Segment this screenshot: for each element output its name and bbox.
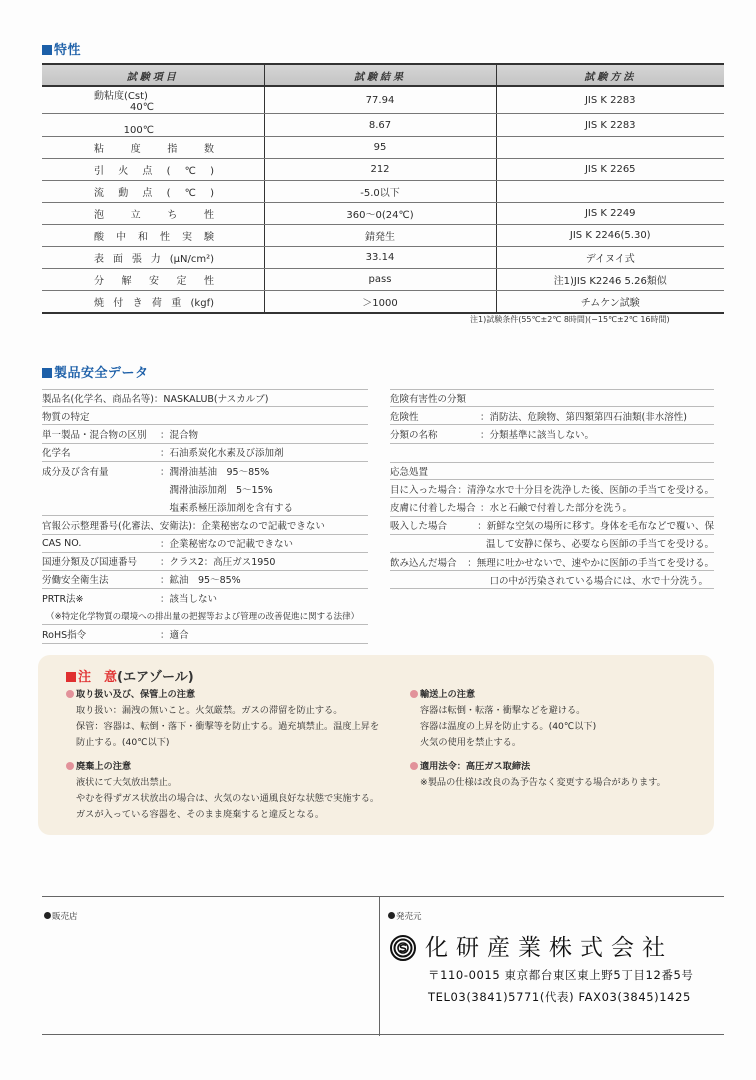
cell-test-method: デイヌイ式 <box>496 247 724 269</box>
list-item: 危険性：消防法、危険物、第四類第四石油類(非水溶性) <box>390 407 714 425</box>
cell-test-method: JIS K 2246(5.30) <box>496 225 724 247</box>
list-item: 製品名(化学名、商品名等)：NASKALUB(ナスカルブ) <box>42 389 368 407</box>
list-item: 塩素系極圧添加剤を含有する <box>42 498 368 516</box>
caution-line: 取り扱い：漏洩の無いこと。火気厳禁。ガスの滞留を防止する。 <box>66 703 379 719</box>
list-item: 口の中が汚染されている場合には、水で十分洗う。 <box>390 571 714 589</box>
cell-test-method: JIS K 2283 <box>496 114 724 137</box>
cell-test-method <box>496 181 724 203</box>
header-test-item: 試験項目 <box>42 64 264 86</box>
first-aid-list: 応急処置目に入った場合：清浄な水で十分目を洗浄した後、医師の手当てを受ける。皮膚… <box>390 462 714 589</box>
properties-note: 注1)試験条件(55℃±2℃ 8時間)(−15℃±2℃ 16時間) <box>470 314 670 325</box>
table-row: 100℃8.67JIS K 2283 <box>42 114 724 137</box>
square-bullet-icon <box>42 45 52 55</box>
dealer-label: 販売店 <box>44 910 78 922</box>
list-item: 単一製品・混合物の区別：混合物 <box>42 425 368 443</box>
cell-test-method: JIS K 2283 <box>496 86 724 114</box>
table-row: 表面張力(μN/cm²)33.14デイヌイ式 <box>42 247 724 269</box>
bullet-icon <box>66 762 74 770</box>
caution-heading: 適用法令：高圧ガス取締法 <box>410 759 666 775</box>
caution-line: 容器は転倒・転落・衝撃などを避ける。 <box>410 703 596 719</box>
properties-title: 特性 <box>42 39 81 58</box>
caution-line: 火気の使用を禁止する。 <box>410 735 596 751</box>
footer-divider <box>379 897 380 1036</box>
company-address: 〒110-0015 東京都台東区東上野5丁目12番5号 <box>428 967 694 983</box>
cell-test-item: 動粘度(Cst)40℃ <box>42 86 264 114</box>
company-name: 化研産業株式会社 <box>425 929 673 962</box>
cell-test-result: ＞1000 <box>264 291 496 313</box>
caution-heading: 廃棄上の注意 <box>66 759 379 775</box>
caution-line: やむを得ずガス状放出の場合は、火気のない通風良好な状態で実施する。 <box>66 791 379 807</box>
list-item: 温して安静に保ち、必要なら医師の手当てを受ける。 <box>390 535 714 553</box>
list-item: 労働安全衛生法：鉱油 95～85% <box>42 571 368 589</box>
safety-title: 製品安全データ <box>42 362 149 381</box>
cell-test-method: 注1)JIS K2246 5.26類似 <box>496 269 724 291</box>
cell-test-method: チムケン試験 <box>496 291 724 313</box>
caution-heading: 輸送上の注意 <box>410 687 596 703</box>
list-item: 潤滑油添加剤 5～15% <box>42 480 368 498</box>
caution-line: 容器は温度の上昇を防止する。(40℃以下) <box>410 719 596 735</box>
bullet-icon <box>44 912 51 919</box>
cell-test-item: 流動点(℃) <box>42 181 264 203</box>
list-item: 飲み込んだ場合：無理に吐かせないで、速やかに医師の手当てを受ける。 <box>390 553 714 571</box>
cell-test-result: 33.14 <box>264 247 496 269</box>
list-item: 成分及び含有量：潤滑油基油 95～85% <box>42 462 368 480</box>
cell-test-item: 泡立ち性 <box>42 203 264 225</box>
caution-title: 注 意(エアゾール) <box>66 666 194 685</box>
list-item: RoHS指令：適合 <box>42 625 368 643</box>
caution-line: 防止する。(40℃以下) <box>66 735 379 751</box>
cell-test-result: pass <box>264 269 496 291</box>
cell-test-item: 100℃ <box>42 114 264 137</box>
list-item: （※特定化学物質の環境への排出量の把握等および管理の改善促進に関する法律） <box>42 607 368 625</box>
table-row: 引火点(℃)212JIS K 2265 <box>42 159 724 181</box>
law-notes: 適用法令：高圧ガス取締法※製品の仕様は改良の為予告なく変更する場合があります。 <box>410 759 666 791</box>
transport-notes: 輸送上の注意容器は転倒・転落・衝撃などを避ける。容器は温度の上昇を防止する。(4… <box>410 687 596 751</box>
caution-line: 保管：容器は、転倒・落下・衝撃等を防止する。過充填禁止。温度上昇を <box>66 719 379 735</box>
caution-line: ※製品の仕様は改良の為予告なく変更する場合があります。 <box>410 775 666 791</box>
list-item: 分類の名称：分類基準に該当しない。 <box>390 425 714 443</box>
cell-test-result: 8.67 <box>264 114 496 137</box>
table-row: 泡立ち性360～0(24℃)JIS K 2249 <box>42 203 724 225</box>
first-aid-heading: 応急処置 <box>390 462 714 480</box>
list-item: 皮膚に付着した場合：水と石鹸で付着した部分を洗う。 <box>390 498 714 516</box>
handling-notes: 取り扱い及び、保管上の注意取り扱い：漏洩の無いこと。火気厳禁。ガスの滞留を防止す… <box>66 687 379 751</box>
disposal-notes: 廃棄上の注意液状にて大気放出禁止。やむを得ずガス状放出の場合は、火気のない通風良… <box>66 759 379 823</box>
cell-test-result: 360～0(24℃) <box>264 203 496 225</box>
cell-test-result: 錆発生 <box>264 225 496 247</box>
table-row: 焼付き荷重(kgf)＞1000チムケン試験 <box>42 291 724 313</box>
square-bullet-icon <box>42 368 52 378</box>
table-row: 分解安定性pass注1)JIS K2246 5.26類似 <box>42 269 724 291</box>
seller-label: 発売元 <box>388 910 422 922</box>
cell-test-item: 分解安定性 <box>42 269 264 291</box>
hazard-list: 危険有害性の分類危険性：消防法、危険物、第四類第四石油類(非水溶性)分類の名称：… <box>390 389 714 444</box>
cell-test-item: 焼付き荷重(kgf) <box>42 291 264 313</box>
list-item: 国連分類及び国連番号：クラス2：高圧ガス1950 <box>42 553 368 571</box>
caution-heading: 取り扱い及び、保管上の注意 <box>66 687 379 703</box>
caution-box: 注 意(エアゾール) 取り扱い及び、保管上の注意取り扱い：漏洩の無いこと。火気厳… <box>38 655 714 835</box>
bullet-icon <box>410 690 418 698</box>
list-item: CAS NO.：企業秘密なので記載できない <box>42 535 368 553</box>
list-item: PRTR法※：該当しない <box>42 589 368 607</box>
bullet-icon <box>388 912 395 919</box>
cell-test-item: 表面張力(μN/cm²) <box>42 247 264 269</box>
bullet-icon <box>410 762 418 770</box>
cell-test-result: -5.0以下 <box>264 181 496 203</box>
cell-test-item: 粘度指数 <box>42 137 264 159</box>
table-row: 流動点(℃)-5.0以下 <box>42 181 724 203</box>
cell-test-method: JIS K 2265 <box>496 159 724 181</box>
cell-test-result: 212 <box>264 159 496 181</box>
bullet-icon <box>66 690 74 698</box>
table-row: 動粘度(Cst)40℃77.94JIS K 2283 <box>42 86 724 114</box>
hazard-heading: 危険有害性の分類 <box>390 389 714 407</box>
properties-table: 試験項目 試験結果 試験方法 動粘度(Cst)40℃77.94JIS K 228… <box>42 63 724 314</box>
cell-test-result: 95 <box>264 137 496 159</box>
caution-line: ガスが入っている容器を、そのまま廃棄すると違反となる。 <box>66 807 379 823</box>
list-item: 目に入った場合：清浄な水で十分目を洗浄した後、医師の手当てを受ける。 <box>390 480 714 498</box>
list-item: 吸入した場合：新鮮な空気の場所に移す。身体を毛布などで覆い、保 <box>390 517 714 535</box>
header-test-result: 試験結果 <box>264 64 496 86</box>
caution-line: 液状にて大気放出禁止。 <box>66 775 379 791</box>
cell-test-method: JIS K 2249 <box>496 203 724 225</box>
list-item: 物質の特定 <box>42 407 368 425</box>
list-item: 化学名：石油系炭化水素及び添加剤 <box>42 444 368 462</box>
square-bullet-icon <box>66 672 76 682</box>
table-row: 粘度指数95 <box>42 137 724 159</box>
cell-test-result: 77.94 <box>264 86 496 114</box>
footer: 販売店 発売元 化研産業株式会社 〒110-0015 東京都台東区東上野5丁目1… <box>42 896 724 1035</box>
company-logo-icon <box>390 935 416 961</box>
list-item: 官報公示整理番号(化審法、安衛法)：企業秘密なので記載できない <box>42 516 368 534</box>
cell-test-method <box>496 137 724 159</box>
header-test-method: 試験方法 <box>496 64 724 86</box>
cell-test-item: 酸中和性実験 <box>42 225 264 247</box>
safety-left-list: 製品名(化学名、商品名等)：NASKALUB(ナスカルブ)物質の特定単一製品・混… <box>42 389 368 644</box>
company-phone: TEL03(3841)5771(代表) FAX03(3845)1425 <box>428 989 691 1005</box>
cell-test-item: 引火点(℃) <box>42 159 264 181</box>
table-row: 酸中和性実験錆発生JIS K 2246(5.30) <box>42 225 724 247</box>
